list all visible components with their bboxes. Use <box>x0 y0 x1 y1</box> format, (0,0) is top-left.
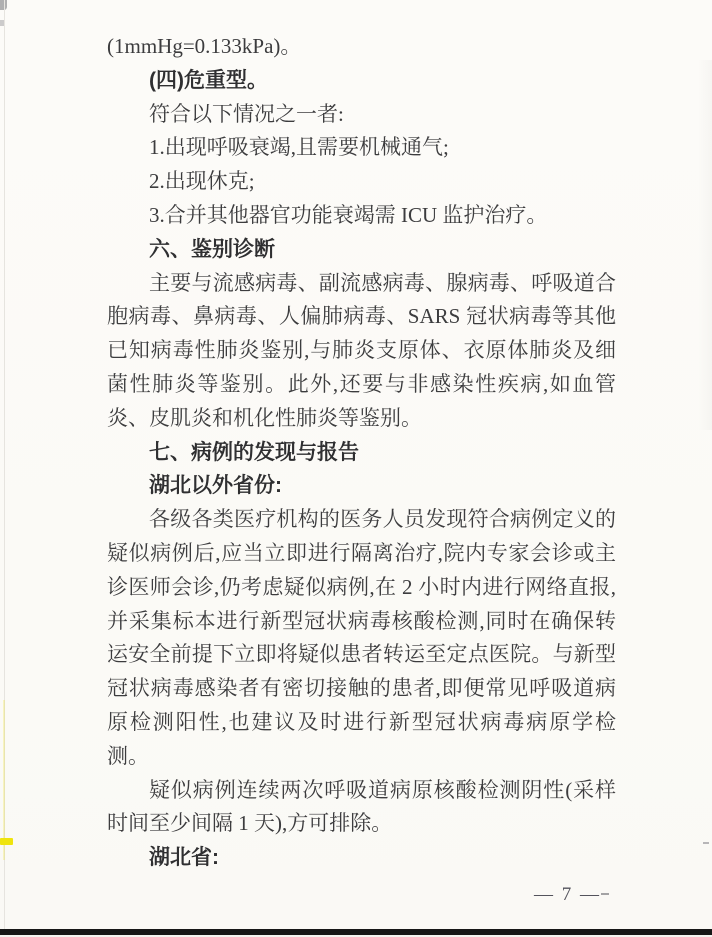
paragraph-differential-diagnosis: 主要与流感病毒、副流感病毒、腺病毒、呼吸道合胞病毒、鼻病毒、人偏肺病毒、SARS… <box>107 267 616 436</box>
heading-differential-diagnosis: 六、鉴别诊断 <box>107 233 616 267</box>
scan-speck <box>703 842 709 844</box>
scan-yellow-highlight-mark <box>0 838 13 845</box>
line-criteria-intro: 符合以下情况之一者: <box>107 98 616 132</box>
document-body: (1mmHg=0.133kPa)。 (四)危重型。 符合以下情况之一者: 1.出… <box>107 30 616 875</box>
scan-yellow-edge-line <box>3 700 5 860</box>
paragraph-continuation-kpa-note: (1mmHg=0.133kPa)。 <box>107 30 616 64</box>
heading-hubei-province: 湖北省: <box>107 841 616 875</box>
document-page: (1mmHg=0.133kPa)。 (四)危重型。 符合以下情况之一者: 1.出… <box>0 0 712 937</box>
heading-case-discovery-report: 七、病例的发现与报告 <box>107 436 616 470</box>
scan-right-shadow <box>698 60 712 430</box>
heading-outside-hubei: 湖北以外省份: <box>107 469 616 503</box>
scan-speck <box>601 893 609 895</box>
list-item-respiratory-failure: 1.出现呼吸衰竭,且需要机械通气; <box>107 131 616 165</box>
paragraph-outside-hubei-procedure: 各级各类医疗机构的医务人员发现符合病例定义的疑似病例后,应当立即进行隔离治疗,院… <box>107 503 616 773</box>
paragraph-exclusion-criteria: 疑似病例连续两次呼吸道病原核酸检测阴性(采样时间至少间隔 1 天),方可排除。 <box>107 774 616 842</box>
list-item-icu: 3.合并其他器官功能衰竭需 ICU 监护治疗。 <box>107 199 616 233</box>
heading-critical-type: (四)危重型。 <box>107 64 616 98</box>
page-number: — 7 — <box>505 884 630 906</box>
list-item-shock: 2.出现休克; <box>107 165 616 199</box>
